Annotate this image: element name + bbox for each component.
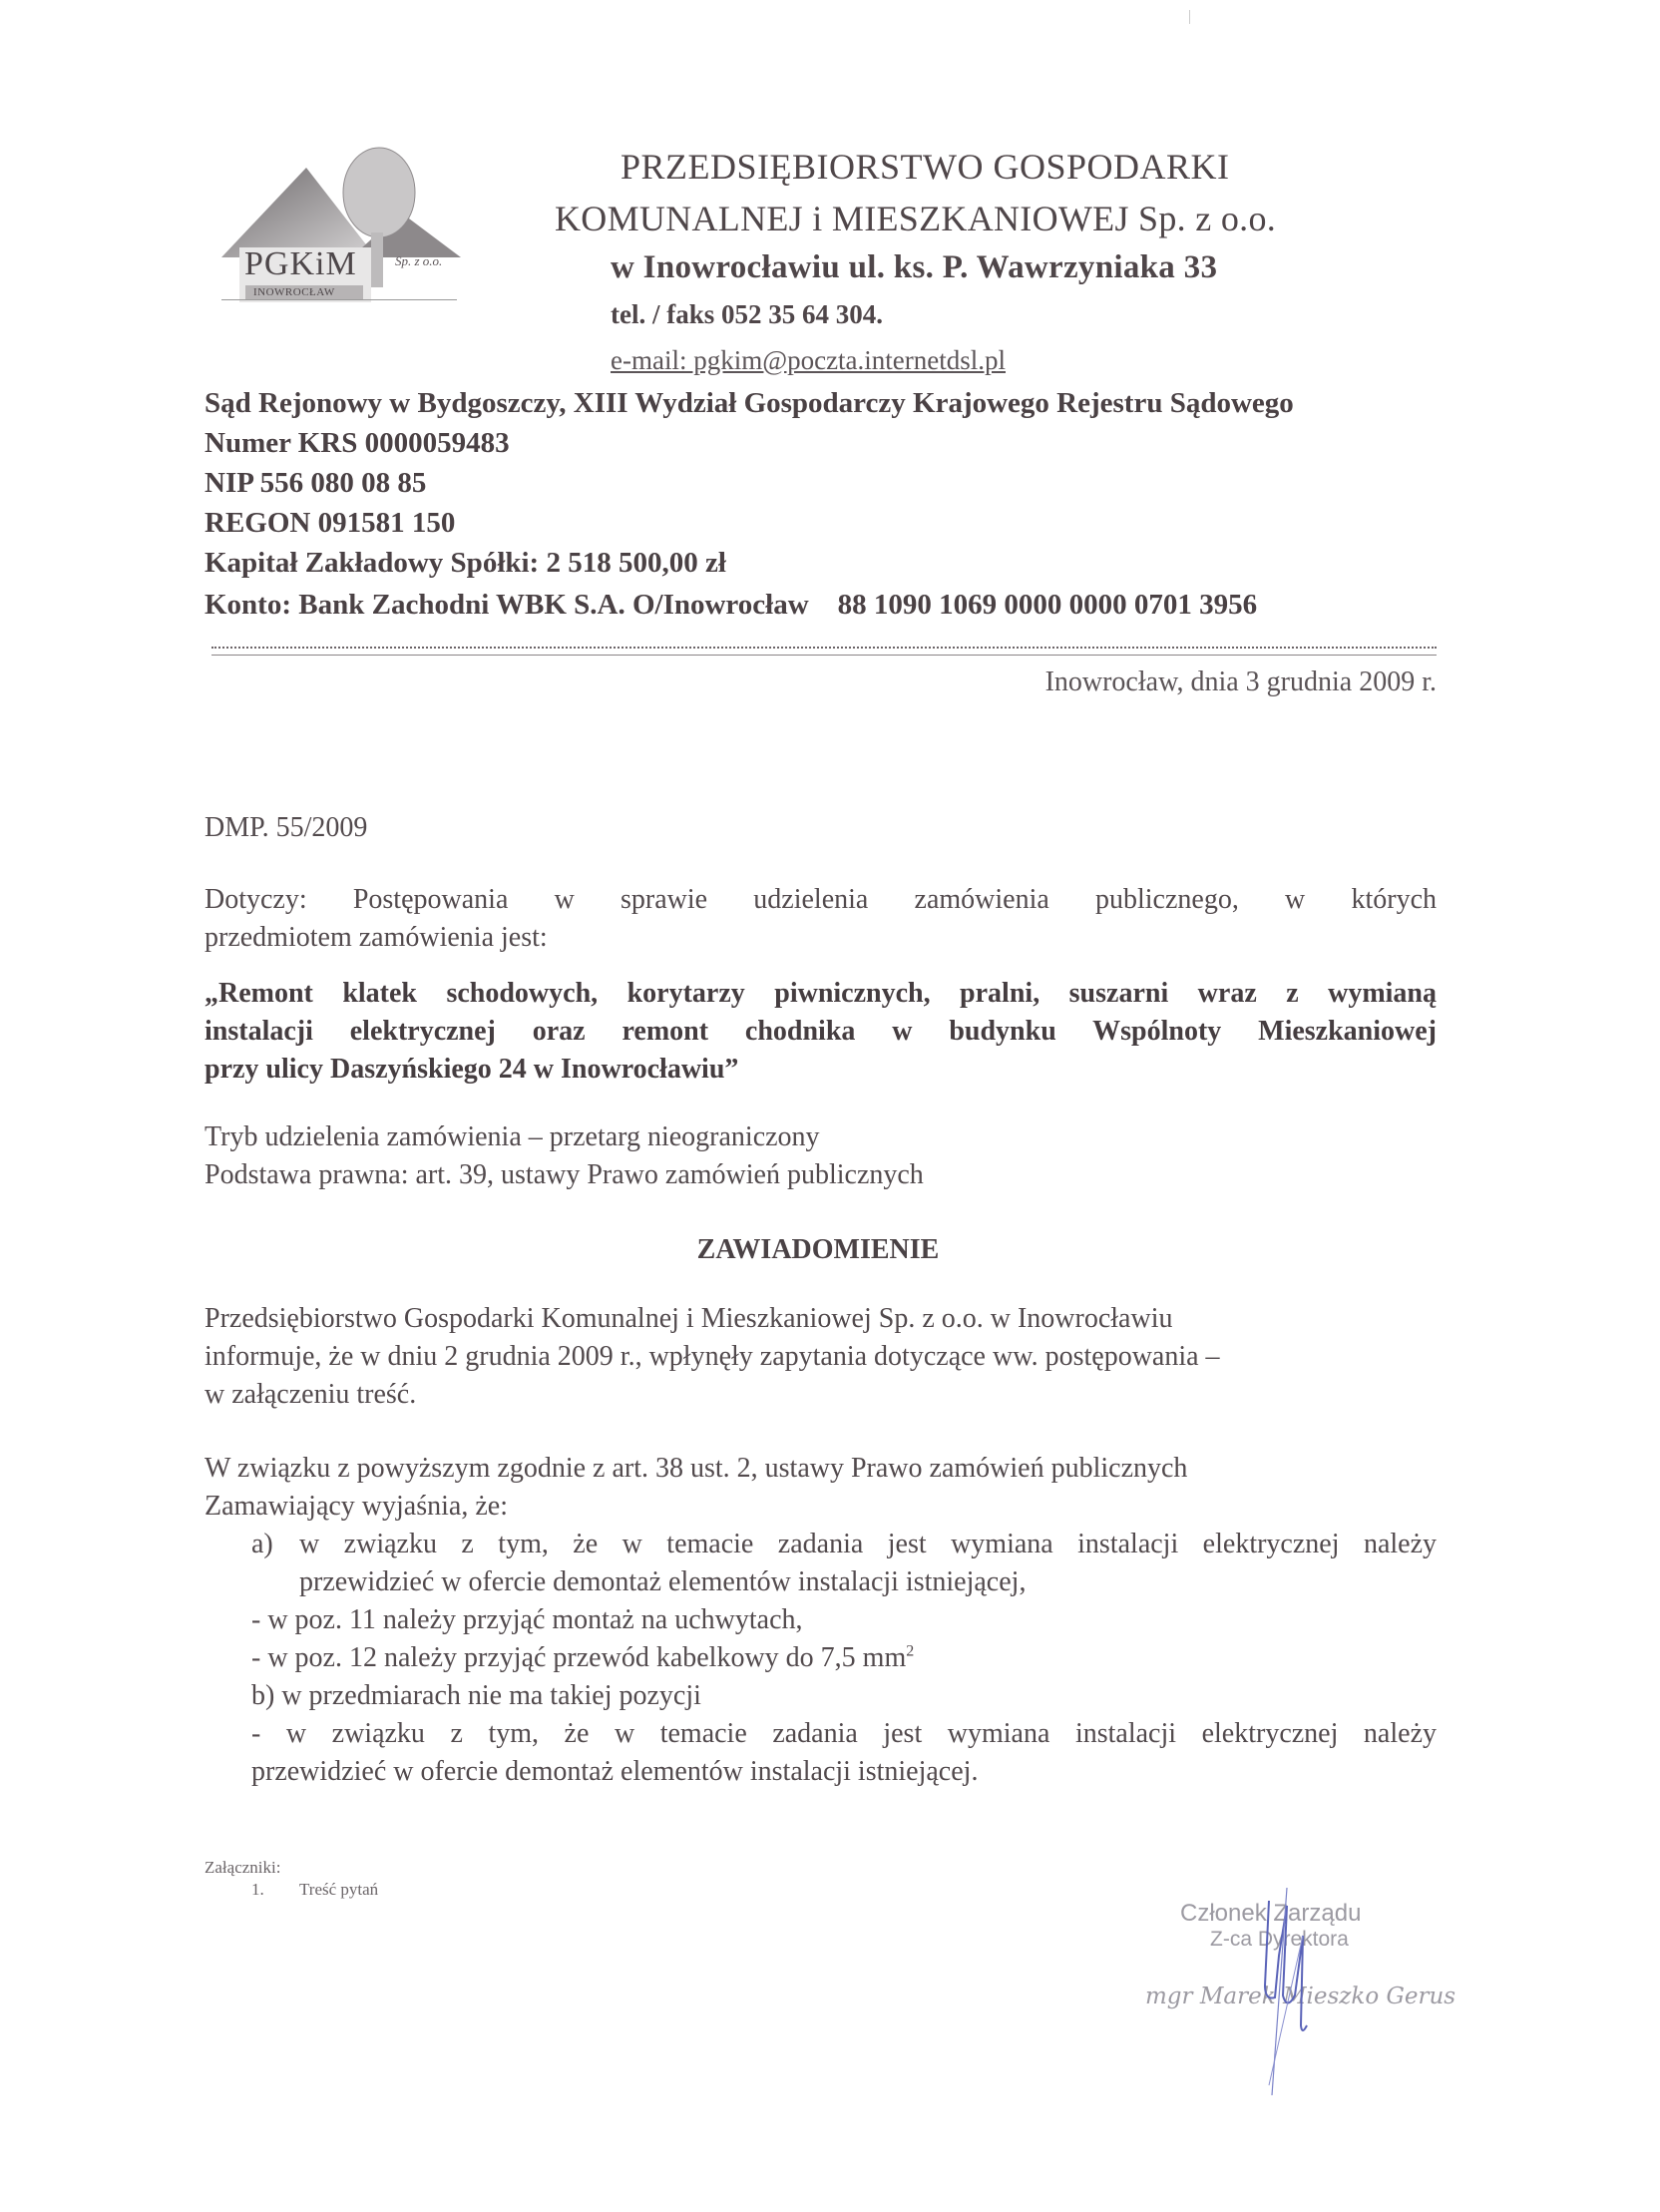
company-name-line1: PRZEDSIĘBIORSTWO GOSPODARKI <box>621 146 1230 188</box>
registry-regon: REGON 091581 150 <box>205 507 455 540</box>
registry-krs: Numer KRS 0000059483 <box>205 427 510 460</box>
subject-title-line2: instalacji elektrycznej oraz remont chod… <box>205 1016 1437 1048</box>
attachment-item-number: 1. <box>251 1880 264 1900</box>
notice-line1: Przedsiębiorstwo Gospodarki Komunalnej i… <box>205 1303 1172 1335</box>
notice-line3: w załączeniu treść. <box>205 1379 416 1411</box>
company-email-link[interactable]: e-mail: pgkim@poczta.internetdsl.pl <box>611 345 1006 376</box>
registry-nip: NIP 556 080 08 85 <box>205 467 426 500</box>
explanation-line1: W związku z powyższym zgodnie z art. 38 … <box>205 1453 1187 1485</box>
company-address: w Inowrocławiu ul. ks. P. Wawrzyniaka 33 <box>611 249 1217 286</box>
attachment-item-text: Treść pytań <box>299 1880 378 1900</box>
attachments-label: Załączniki: <box>205 1858 280 1878</box>
company-name-line2: KOMUNALNEJ i MIESZKANIOWEJ Sp. z o.o. <box>555 198 1276 239</box>
logo-subtext: INOWROCŁAW <box>253 286 335 298</box>
reference-number: DMP. 55/2009 <box>205 812 367 844</box>
logo-text: PGKiM <box>244 245 357 283</box>
dash-item-2-superscript: 2 <box>906 1643 914 1660</box>
logo-divider <box>221 299 457 300</box>
dash-item-3-line2: przewidzieć w ofercie demontaż elementów… <box>251 1756 978 1788</box>
registry-account: Konto: Bank Zachodni WBK S.A. O/Inowrocł… <box>205 589 1257 622</box>
handwritten-signature-icon <box>1217 1876 1337 2095</box>
procedure-mode: Tryb udzielenia zamówienia – przetarg ni… <box>205 1121 820 1153</box>
item-a-label: a) <box>251 1529 273 1560</box>
document-date: Inowrocław, dnia 3 grudnia 2009 r. <box>1045 666 1437 698</box>
company-logo <box>211 138 471 312</box>
item-b: b) w przedmiarach nie ma takiej pozycji <box>251 1680 701 1712</box>
dash-item-3-line1: - w związku z tym, że w temacie zadania … <box>251 1718 1437 1750</box>
scan-artifact <box>1189 10 1190 24</box>
logo-suffix: Sp. z o.o. <box>395 253 442 269</box>
subject-line1: Dotyczy: Postępowania w sprawie udzielen… <box>205 884 1437 916</box>
dash-item-2: - w poz. 12 należy przyjąć przewód kabel… <box>251 1642 914 1674</box>
dash-item-2-text: - w poz. 12 należy przyjąć przewód kabel… <box>251 1642 906 1673</box>
subject-title-line3: przy ulicy Daszyńskiego 24 w Inowrocławi… <box>205 1054 738 1086</box>
dash-item-1: - w poz. 11 należy przyjąć montaż na uch… <box>251 1604 803 1636</box>
pgkim-logo-icon <box>211 138 471 312</box>
notice-heading: ZAWIADOMIENIE <box>0 1234 1636 1266</box>
explanation-line2: Zamawiający wyjaśnia, że: <box>205 1491 508 1523</box>
company-phone: tel. / faks 052 35 64 304. <box>611 299 883 330</box>
header-divider <box>211 647 1437 656</box>
subject-line2: przedmiotem zamówienia jest: <box>205 922 548 954</box>
procedure-legal-basis: Podstawa prawna: art. 39, ustawy Prawo z… <box>205 1159 924 1191</box>
subject-title-line1: „Remont klatek schodowych, korytarzy piw… <box>205 978 1437 1010</box>
item-a-line2: przewidzieć w ofercie demontaż elementów… <box>299 1566 1026 1598</box>
registry-court: Sąd Rejonowy w Bydgoszczy, XIII Wydział … <box>205 387 1294 420</box>
item-a-line1: w związku z tym, że w temacie zadania je… <box>299 1529 1437 1560</box>
registry-capital: Kapitał Zakładowy Spółki: 2 518 500,00 z… <box>205 547 726 580</box>
notice-line2: informuje, że w dniu 2 grudnia 2009 r., … <box>205 1341 1220 1373</box>
